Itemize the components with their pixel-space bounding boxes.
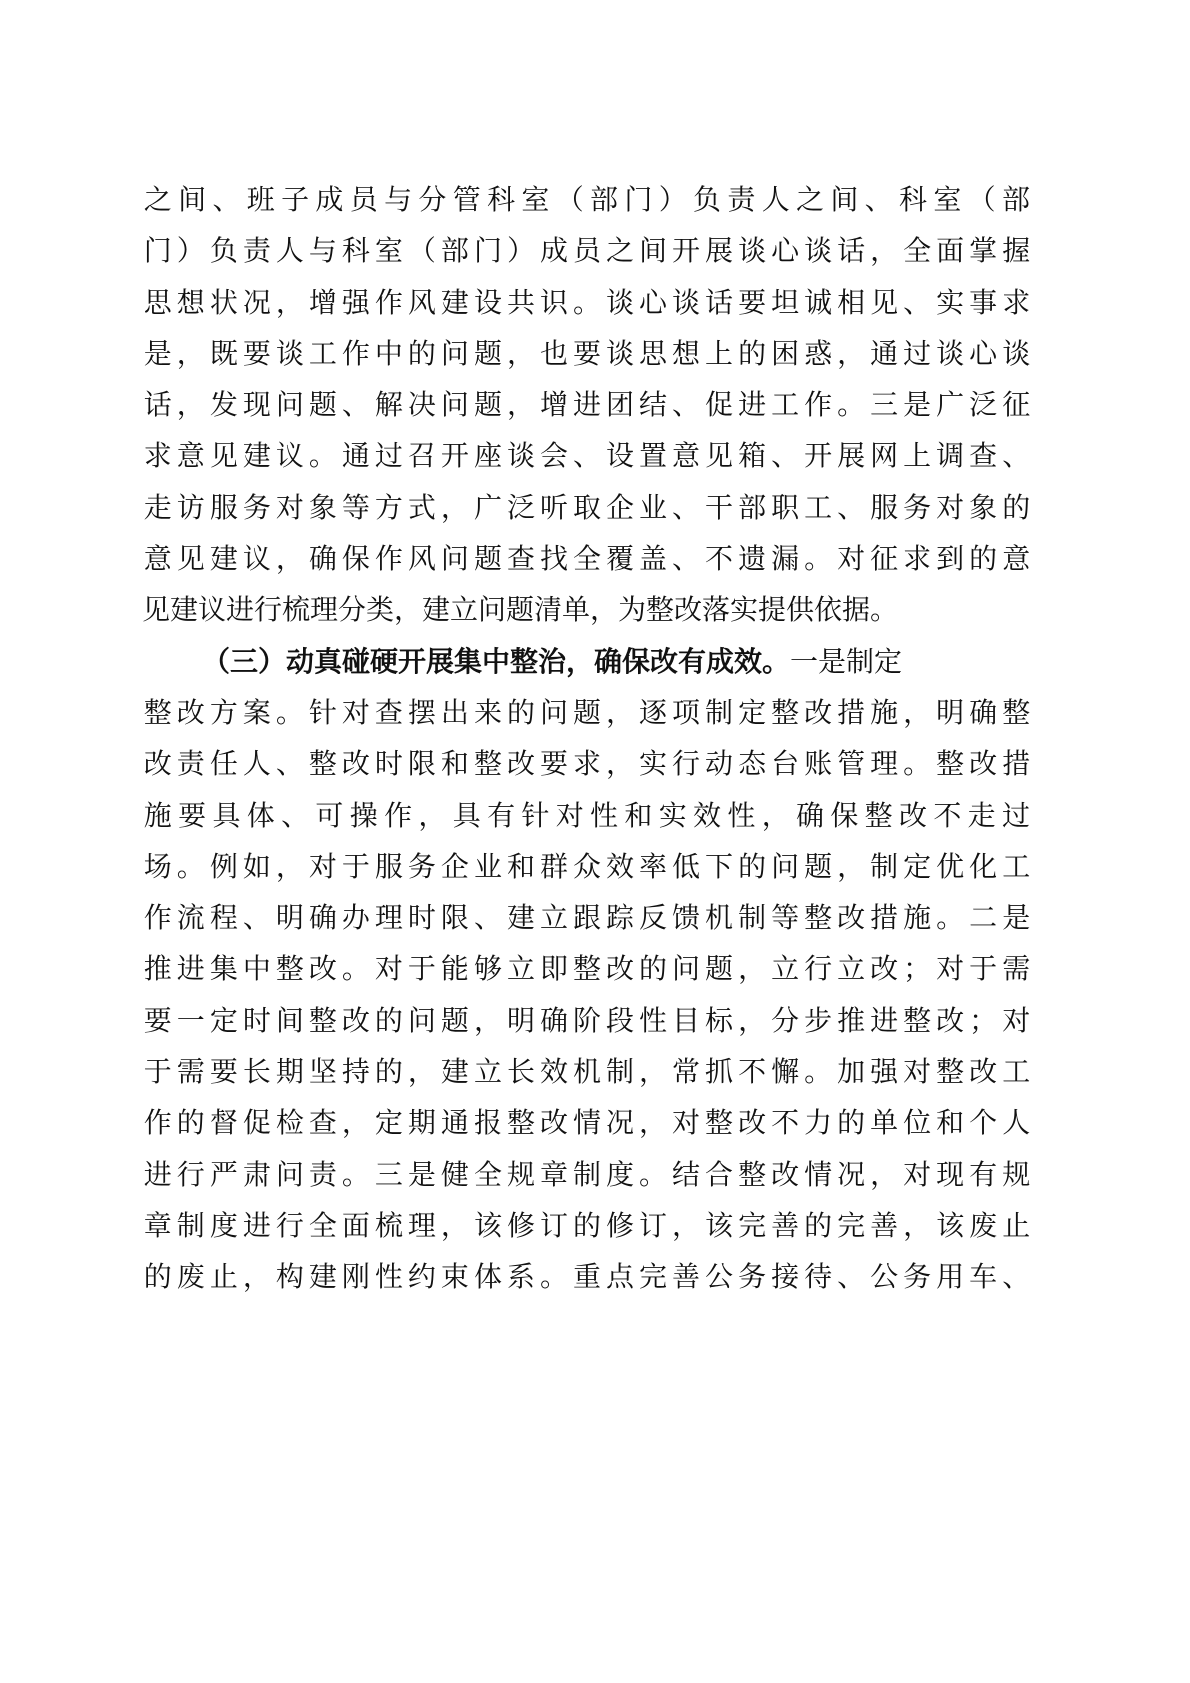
section-heading-line: （三）动真碰硬开展集中整治，确保改有成效。一是制定 [142, 636, 1032, 687]
text-line: 话，发现问题、解决问题，增进团结、促进工作。三是广泛征 [142, 379, 1032, 430]
text-line: 章制度进行全面梳理，该修订的修订，该完善的完善，该废止 [142, 1200, 1032, 1251]
document-page: 之间、班子成员与分管科室（部门）负责人之间、科室（部 门）负责人与科室（部门）成… [0, 0, 1190, 1683]
text-line: 于需要长期坚持的，建立长效机制，常抓不懈。加强对整改工 [142, 1046, 1032, 1097]
text-line: 之间、班子成员与分管科室（部门）负责人之间、科室（部 [142, 174, 1032, 225]
text-line: 施要具体、可操作，具有针对性和实效性，确保整改不走过 [142, 790, 1032, 841]
text-line: 作的督促检查，定期通报整改情况，对整改不力的单位和个人 [142, 1097, 1032, 1148]
section-heading-rest: 一是制定 [790, 636, 902, 687]
text-line: 推进集中整改。对于能够立即整改的问题，立行立改；对于需 [142, 943, 1032, 994]
text-line: 作流程、明确办理时限、建立跟踪反馈机制等整改措施。二是 [142, 892, 1032, 943]
section-heading: （三）动真碰硬开展集中整治，确保改有成效。 [202, 636, 790, 687]
text-line: 是，既要谈工作中的问题，也要谈思想上的困惑，通过谈心谈 [142, 328, 1032, 379]
text-line: 意见建议，确保作风问题查找全覆盖、不遗漏。对征求到的意 [142, 533, 1032, 584]
text-line: 场。例如，对于服务企业和群众效率低下的问题，制定优化工 [142, 841, 1032, 892]
text-line: 进行严肃问责。三是健全规章制度。结合整改情况，对现有规 [142, 1149, 1032, 1200]
text-line: 要一定时间整改的问题，明确阶段性目标，分步推进整改；对 [142, 995, 1032, 1046]
text-line: 求意见建议。通过召开座谈会、设置意见箱、开展网上调查、 [142, 430, 1032, 481]
text-line: 门）负责人与科室（部门）成员之间开展谈心谈话，全面掌握 [142, 225, 1032, 276]
document-body: 之间、班子成员与分管科室（部门）负责人之间、科室（部 门）负责人与科室（部门）成… [142, 174, 1032, 1303]
text-line: 的废止，构建刚性约束体系。重点完善公务接待、公务用车、 [142, 1251, 1032, 1302]
text-line: 改责任人、整改时限和整改要求，实行动态台账管理。整改措 [142, 738, 1032, 789]
text-line: 走访服务对象等方式，广泛听取企业、干部职工、服务对象的 [142, 482, 1032, 533]
text-line: 见建议进行梳理分类，建立问题清单，为整改落实提供依据。 [142, 584, 1032, 635]
text-line: 整改方案。针对查摆出来的问题，逐项制定整改措施，明确整 [142, 687, 1032, 738]
text-line: 思想状况，增强作风建设共识。谈心谈话要坦诚相见、实事求 [142, 277, 1032, 328]
